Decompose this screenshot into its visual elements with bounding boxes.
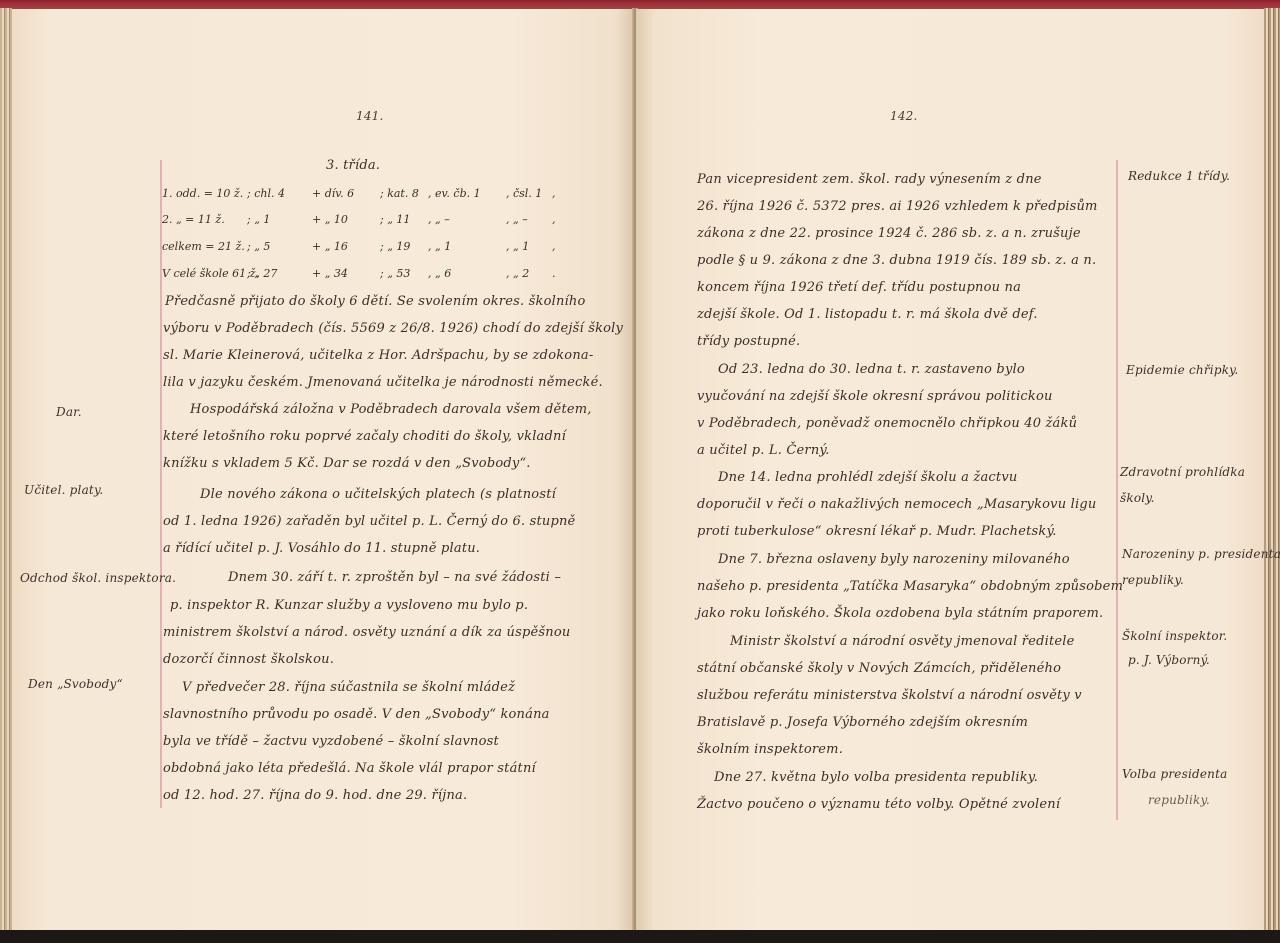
text-line: slavnostního průvodu po osadě. V den „Sv… bbox=[163, 707, 550, 723]
text-line: Dne 14. ledna prohlédl zdejší školu a ža… bbox=[718, 470, 1017, 486]
right-page-margin-rule bbox=[1116, 160, 1118, 820]
text-line: od 1. ledna 1926) zařaděn byl učitel p. … bbox=[163, 514, 575, 530]
right-page-stack-edge bbox=[1264, 8, 1280, 931]
text-line: doporučil v řeči o nakažlivých nemocech … bbox=[697, 497, 1096, 513]
text-line: V předvečer 28. října súčastnila se škol… bbox=[182, 680, 515, 696]
text-line: a učitel p. L. Černý. bbox=[697, 443, 830, 459]
text-line: Ministr školství a národní osvěty jmenov… bbox=[730, 634, 1075, 650]
margin-note-zdravotni-2: školy. bbox=[1120, 490, 1155, 506]
margin-note-volba-2: republiky. bbox=[1148, 792, 1210, 808]
margin-note-inspektor-2: p. J. Výborný. bbox=[1128, 652, 1210, 668]
text-line: knížku s vkladem 5 Kč. Dar se rozdá v de… bbox=[163, 456, 531, 472]
text-line: našeho p. presidenta „Tatíčka Masaryka“ … bbox=[697, 579, 1123, 595]
text-line: školním inspektorem. bbox=[697, 742, 843, 758]
text-line: dozorčí činnost školskou. bbox=[163, 652, 334, 668]
text-line: ministrem školství a národ. osvěty uznán… bbox=[163, 625, 570, 641]
margin-note-narozeniny-2: republiky. bbox=[1122, 572, 1184, 588]
text-line: proti tuberkulose“ okresní lékař p. Mudr… bbox=[697, 524, 1057, 540]
text-line: Dne 27. května bylo volba presidenta rep… bbox=[714, 770, 1038, 786]
text-line: zákona z dne 22. prosince 1924 č. 286 sb… bbox=[697, 226, 1081, 242]
left-page-margin-rule bbox=[160, 160, 162, 808]
text-line: podle § u 9. zákona z dne 3. dubna 1919 … bbox=[697, 253, 1096, 269]
left-page-number: 141. bbox=[356, 108, 384, 124]
text-line: vyučování na zdejší škole okresní správo… bbox=[697, 389, 1053, 405]
margin-note-dar: Dar. bbox=[56, 404, 82, 420]
margin-note-inspektor-1: Školní inspektor. bbox=[1122, 628, 1227, 644]
text-line: státní občanské školy v Nových Zámcích, … bbox=[697, 661, 1061, 677]
margin-note-redukce: Redukce 1 třídy. bbox=[1128, 168, 1230, 184]
text-line: a řídící učitel p. J. Vosáhlo do 11. stu… bbox=[163, 541, 480, 557]
text-line: zdejší škole. Od 1. listopadu t. r. má š… bbox=[697, 307, 1038, 323]
text-line: od 12. hod. 27. října do 9. hod. dne 29.… bbox=[163, 788, 467, 804]
text-line: Dne 7. března oslaveny byly narozeniny m… bbox=[718, 552, 1070, 568]
text-line: koncem října 1926 třetí def. třídu postu… bbox=[697, 280, 1021, 296]
margin-note-den-svobody: Den „Svobody“ bbox=[28, 676, 123, 692]
text-line: Žactvo poučeno o významu této volby. Opě… bbox=[697, 797, 1060, 813]
text-line: Hospodářská záložna v Poděbradech darova… bbox=[190, 402, 592, 418]
text-line: Dnem 30. září t. r. zproštěn byl – na sv… bbox=[228, 570, 561, 586]
text-line: v Poděbradech, poněvadž onemocnělo chřip… bbox=[697, 416, 1077, 432]
text-line: Pan vicepresident zem. škol. rady výnese… bbox=[697, 172, 1042, 188]
text-line: které letošního roku poprvé začaly chodi… bbox=[163, 429, 566, 445]
text-line: sl. Marie Kleinerová, učitelka z Hor. Ad… bbox=[163, 348, 593, 364]
margin-note-narozeniny-1: Narozeniny p. presidenta bbox=[1122, 546, 1280, 562]
text-line: byla ve třídě – žactvu vyzdobené – školn… bbox=[163, 734, 499, 750]
text-line: třídy postupné. bbox=[697, 334, 800, 350]
text-line: Bratislavě p. Josefa Výborného zdejším o… bbox=[697, 715, 1028, 731]
left-page-stack-edge bbox=[0, 8, 12, 931]
margin-note-epidemie: Epidemie chřipky. bbox=[1126, 362, 1239, 378]
text-line: Od 23. ledna do 30. ledna t. r. zastaven… bbox=[718, 362, 1025, 378]
text-line: jako roku loňského. Škola ozdobena byla … bbox=[697, 606, 1103, 622]
text-line: službou referátu ministerstva školství a… bbox=[697, 688, 1082, 704]
class-heading: 3. třída. bbox=[326, 158, 380, 174]
book-cover-bottom-edge bbox=[0, 930, 1280, 943]
margin-note-ucitel-platy: Učitel. platy. bbox=[24, 482, 103, 498]
text-line: výboru v Poděbradech (čís. 5569 z 26/8. … bbox=[163, 321, 623, 337]
text-line: lila v jazyku českém. Jmenovaná učitelka… bbox=[163, 375, 603, 391]
text-line: obdobná jako léta předešlá. Na škole vlá… bbox=[163, 761, 536, 777]
margin-note-volba-1: Volba presidenta bbox=[1122, 766, 1227, 782]
text-line: 26. října 1926 č. 5372 pres. ai 1926 vzh… bbox=[697, 199, 1098, 215]
open-ledger-book: 141. 3. třída. 1. odd. = 10 ž. ; chl. 4 … bbox=[0, 0, 1280, 943]
text-line: Dle nového zákona o učitelských platech … bbox=[200, 487, 556, 503]
text-line: p. inspektor R. Kunzar služby a vysloven… bbox=[170, 598, 528, 614]
margin-note-odchod-inspektora: Odchod škol. inspektora. bbox=[20, 570, 176, 586]
text-line: Předčasně přijato do školy 6 dětí. Se sv… bbox=[165, 294, 586, 310]
margin-note-zdravotni-1: Zdravotní prohlídka bbox=[1120, 464, 1245, 480]
right-page-number: 142. bbox=[890, 108, 918, 124]
